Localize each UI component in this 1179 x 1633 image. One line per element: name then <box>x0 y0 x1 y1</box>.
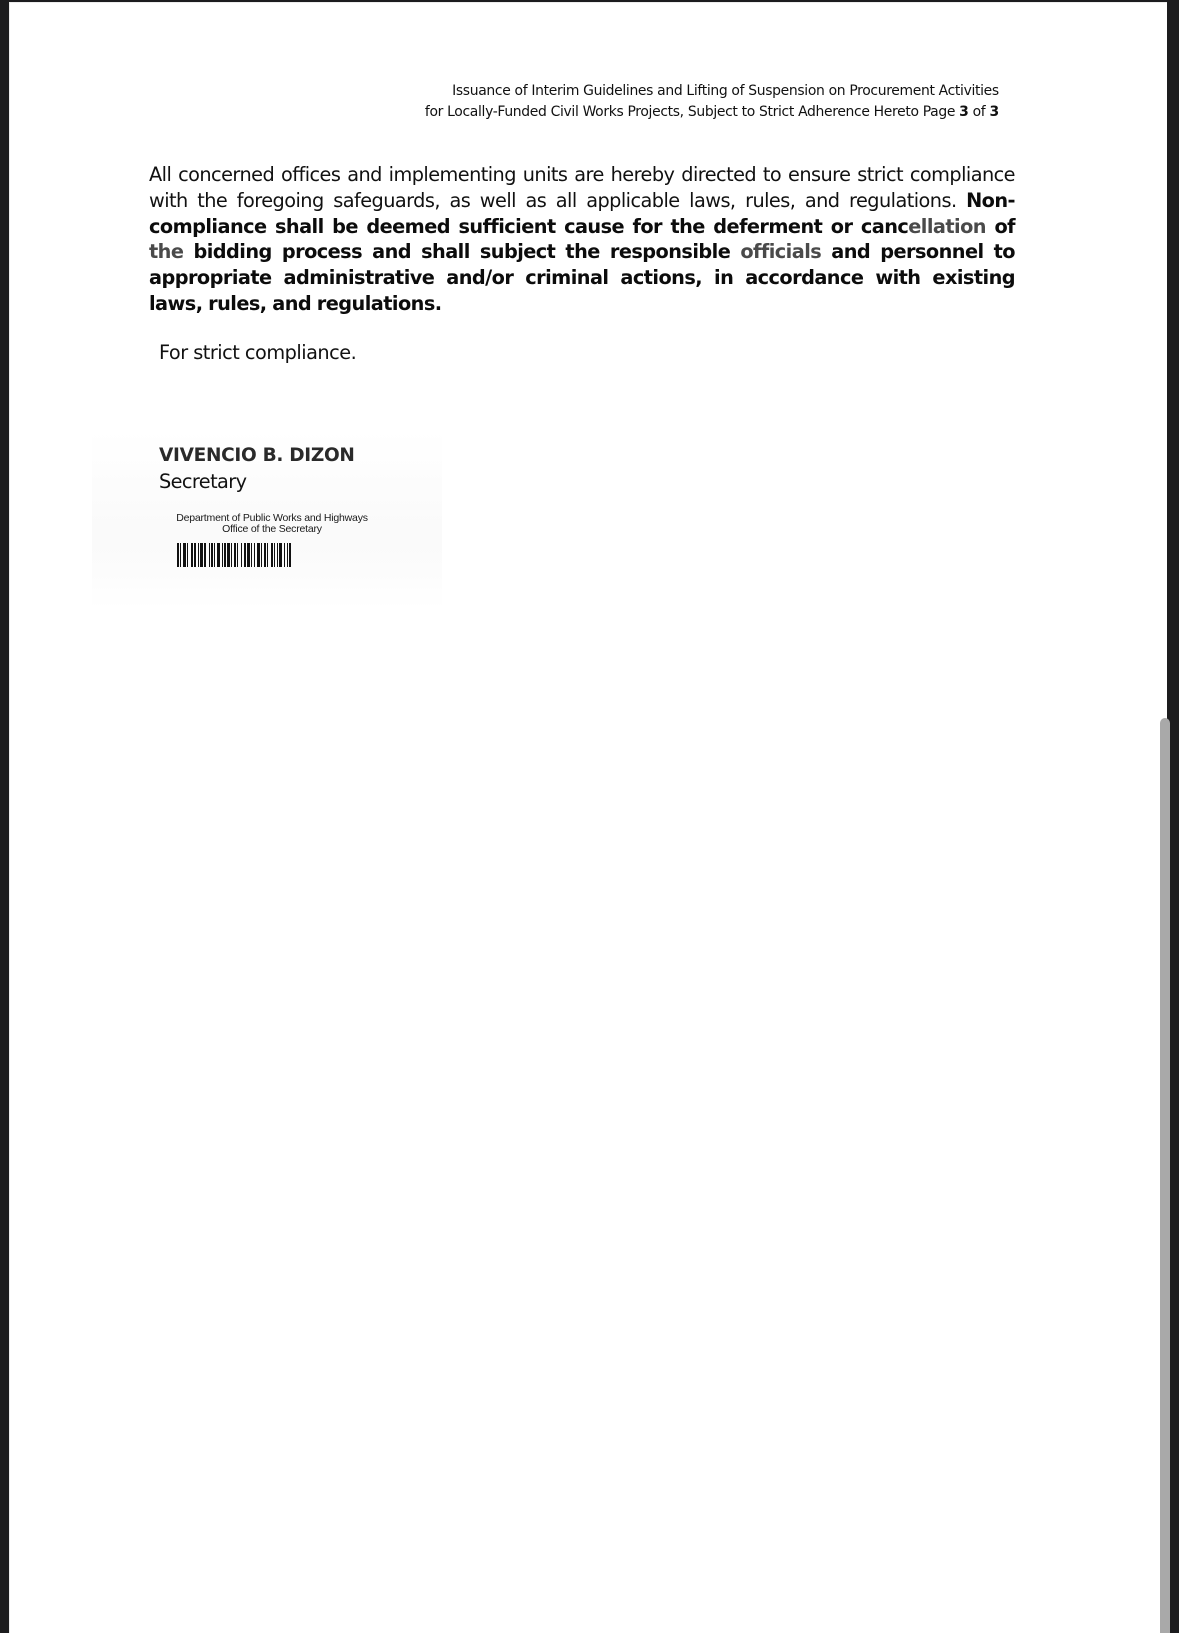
viewer-left-edge <box>0 0 8 1633</box>
compliance-paragraph: All concerned offices and implementing u… <box>149 162 1015 317</box>
closing-line: For strict compliance. <box>159 341 356 364</box>
viewer-right-edge <box>1170 0 1179 1633</box>
stamp-office: Office of the Secretary <box>159 524 385 535</box>
scrollbar-thumb[interactable] <box>1160 718 1170 1633</box>
barcode-icon <box>177 543 367 567</box>
header-title-line-1: Issuance of Interim Guidelines and Lifti… <box>425 81 999 102</box>
document-viewer: Issuance of Interim Guidelines and Lifti… <box>0 0 1179 1633</box>
receiving-stamp: Department of Public Works and Highways … <box>159 513 385 535</box>
signatory-title: Secretary <box>159 470 246 493</box>
signatory-name: VIVENCIO B. DIZON <box>159 445 355 466</box>
page-header: Issuance of Interim Guidelines and Lifti… <box>425 81 999 123</box>
header-title-line-2: for Locally-Funded Civil Works Projects,… <box>425 102 999 123</box>
page-total: 3 <box>990 104 999 120</box>
